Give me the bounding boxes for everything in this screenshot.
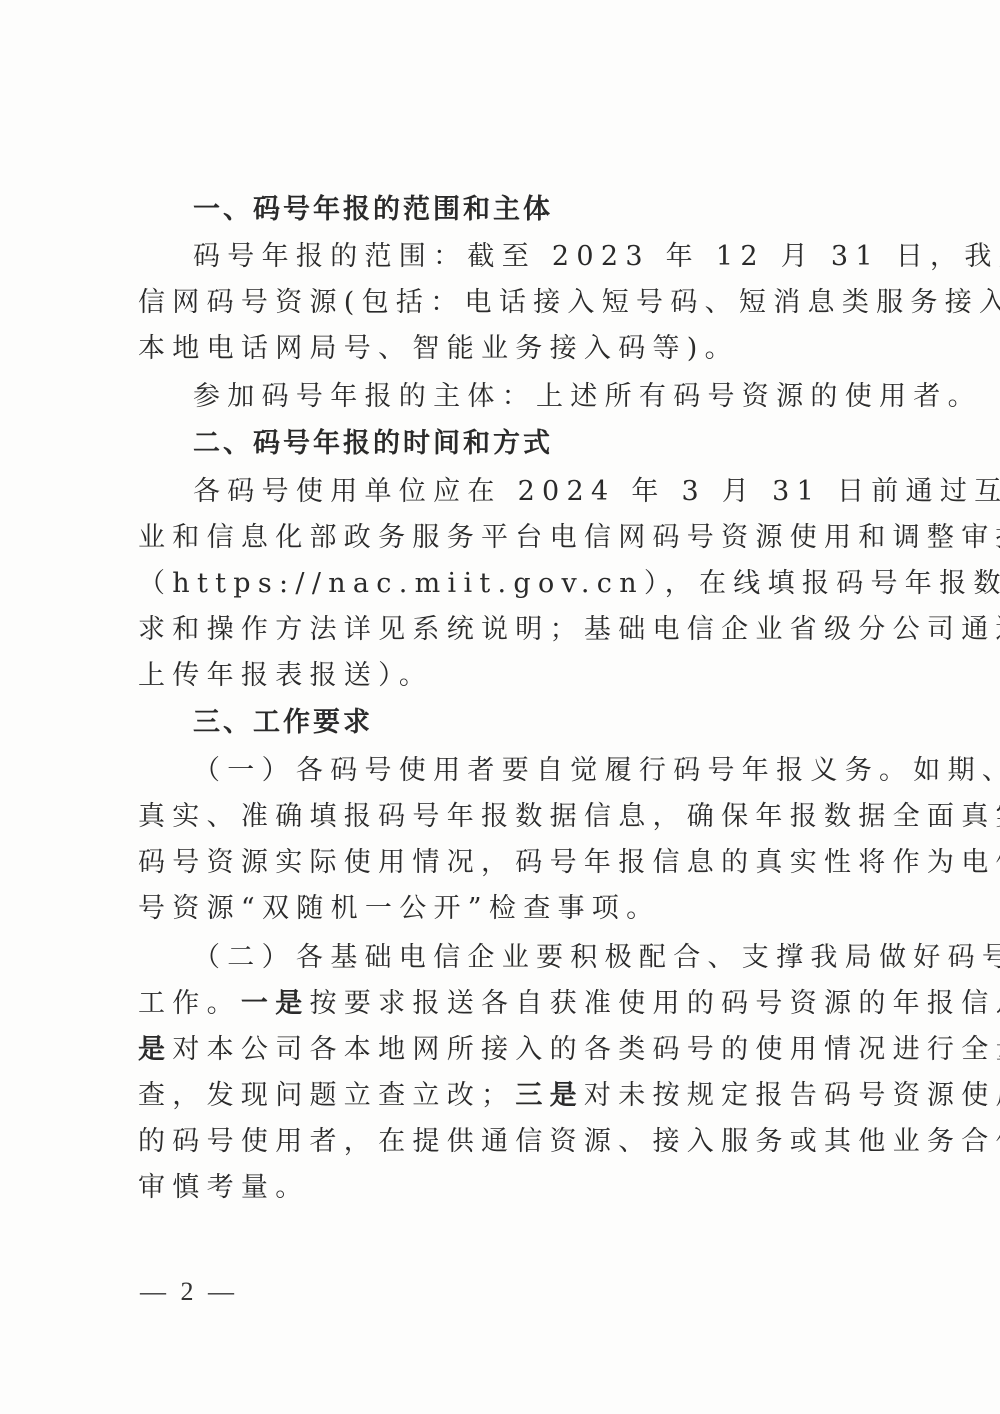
paragraph-line: 求和操作方法详见系统说明；基础电信企业省级分公司通过系统: [138, 613, 882, 647]
paragraph-line: 参加码号年报的主体：上述所有码号资源的使用者。: [193, 380, 882, 414]
paragraph-line: 本地电话网局号、智能业务接入码等)。: [138, 332, 882, 366]
paragraph-line: 信网码号资源(包括：电话接入短号码、短消息类服务接入代码、: [138, 286, 882, 320]
emphasis-second-end: 是: [138, 1034, 172, 1065]
emphasis-first: 一是: [241, 988, 310, 1019]
section-heading-3: 三、工作要求: [193, 706, 882, 740]
emphasis-third: 三是: [515, 1080, 584, 1111]
section-heading-1: 一、码号年报的范围和主体: [193, 193, 882, 227]
paragraph-line: （一）各码号使用者要自觉履行码号年报义务。如期、完整、: [193, 754, 882, 788]
paragraph-line-mixed: 是对本公司各本地网所接入的各类码号的使用情况进行全量排: [138, 1033, 882, 1067]
paragraph-line-with-url: （https://nac.miit.gov.cn），在线填报码号年报数据信息（格…: [138, 567, 882, 601]
page-number: — 2 —: [140, 1277, 238, 1307]
paragraph-line: 码号年报的范围：截至 2023 年 12 月 31 日，我局核配的电: [193, 240, 882, 274]
paragraph-line: 码号资源实际使用情况，码号年报信息的真实性将作为电信网码: [138, 846, 882, 880]
paragraph-line: 真实、准确填报码号年报数据信息，确保年报数据全面真实反映: [138, 800, 882, 834]
text-run: 对本公司各本地网所接入的各类码号的使用情况进行全量排: [172, 1034, 1000, 1065]
section-heading-2: 二、码号年报的时间和方式: [193, 427, 882, 461]
paragraph-line: 的码号使用者，在提供通信资源、接入服务或其他业务合作时应: [138, 1125, 882, 1159]
text-run: 查，发现问题立查立改；: [138, 1080, 515, 1111]
paragraph-line: 业和信息化部政务服务平台电信网码号资源使用和调整审批系统: [138, 521, 882, 555]
text-run: 对未按规定报告码号资源使用情况: [584, 1080, 1000, 1111]
paragraph-line: 上传年报表报送）。: [138, 659, 882, 693]
paragraph-line: 号资源“双随机一公开”检查事项。: [138, 892, 882, 926]
paragraph-line-mixed: 工作。一是按要求报送各自获准使用的码号资源的年报信息；二: [138, 987, 882, 1021]
paragraph-line: （二）各基础电信企业要积极配合、支撑我局做好码号年报: [193, 941, 882, 975]
text-run: 工作。: [138, 988, 241, 1019]
paragraph-line: 审慎考量。: [138, 1171, 882, 1205]
text-run: 按要求报送各自获准使用的码号资源的年报信息；: [310, 988, 1000, 1019]
paragraph-line-mixed: 查，发现问题立查立改；三是对未按规定报告码号资源使用情况: [138, 1079, 882, 1113]
paragraph-line: 各码号使用单位应在 2024 年 3 月 31 日前通过互联网登录工: [193, 475, 882, 509]
document-page: 一、码号年报的范围和主体 码号年报的范围：截至 2023 年 12 月 31 日…: [0, 0, 1000, 1414]
